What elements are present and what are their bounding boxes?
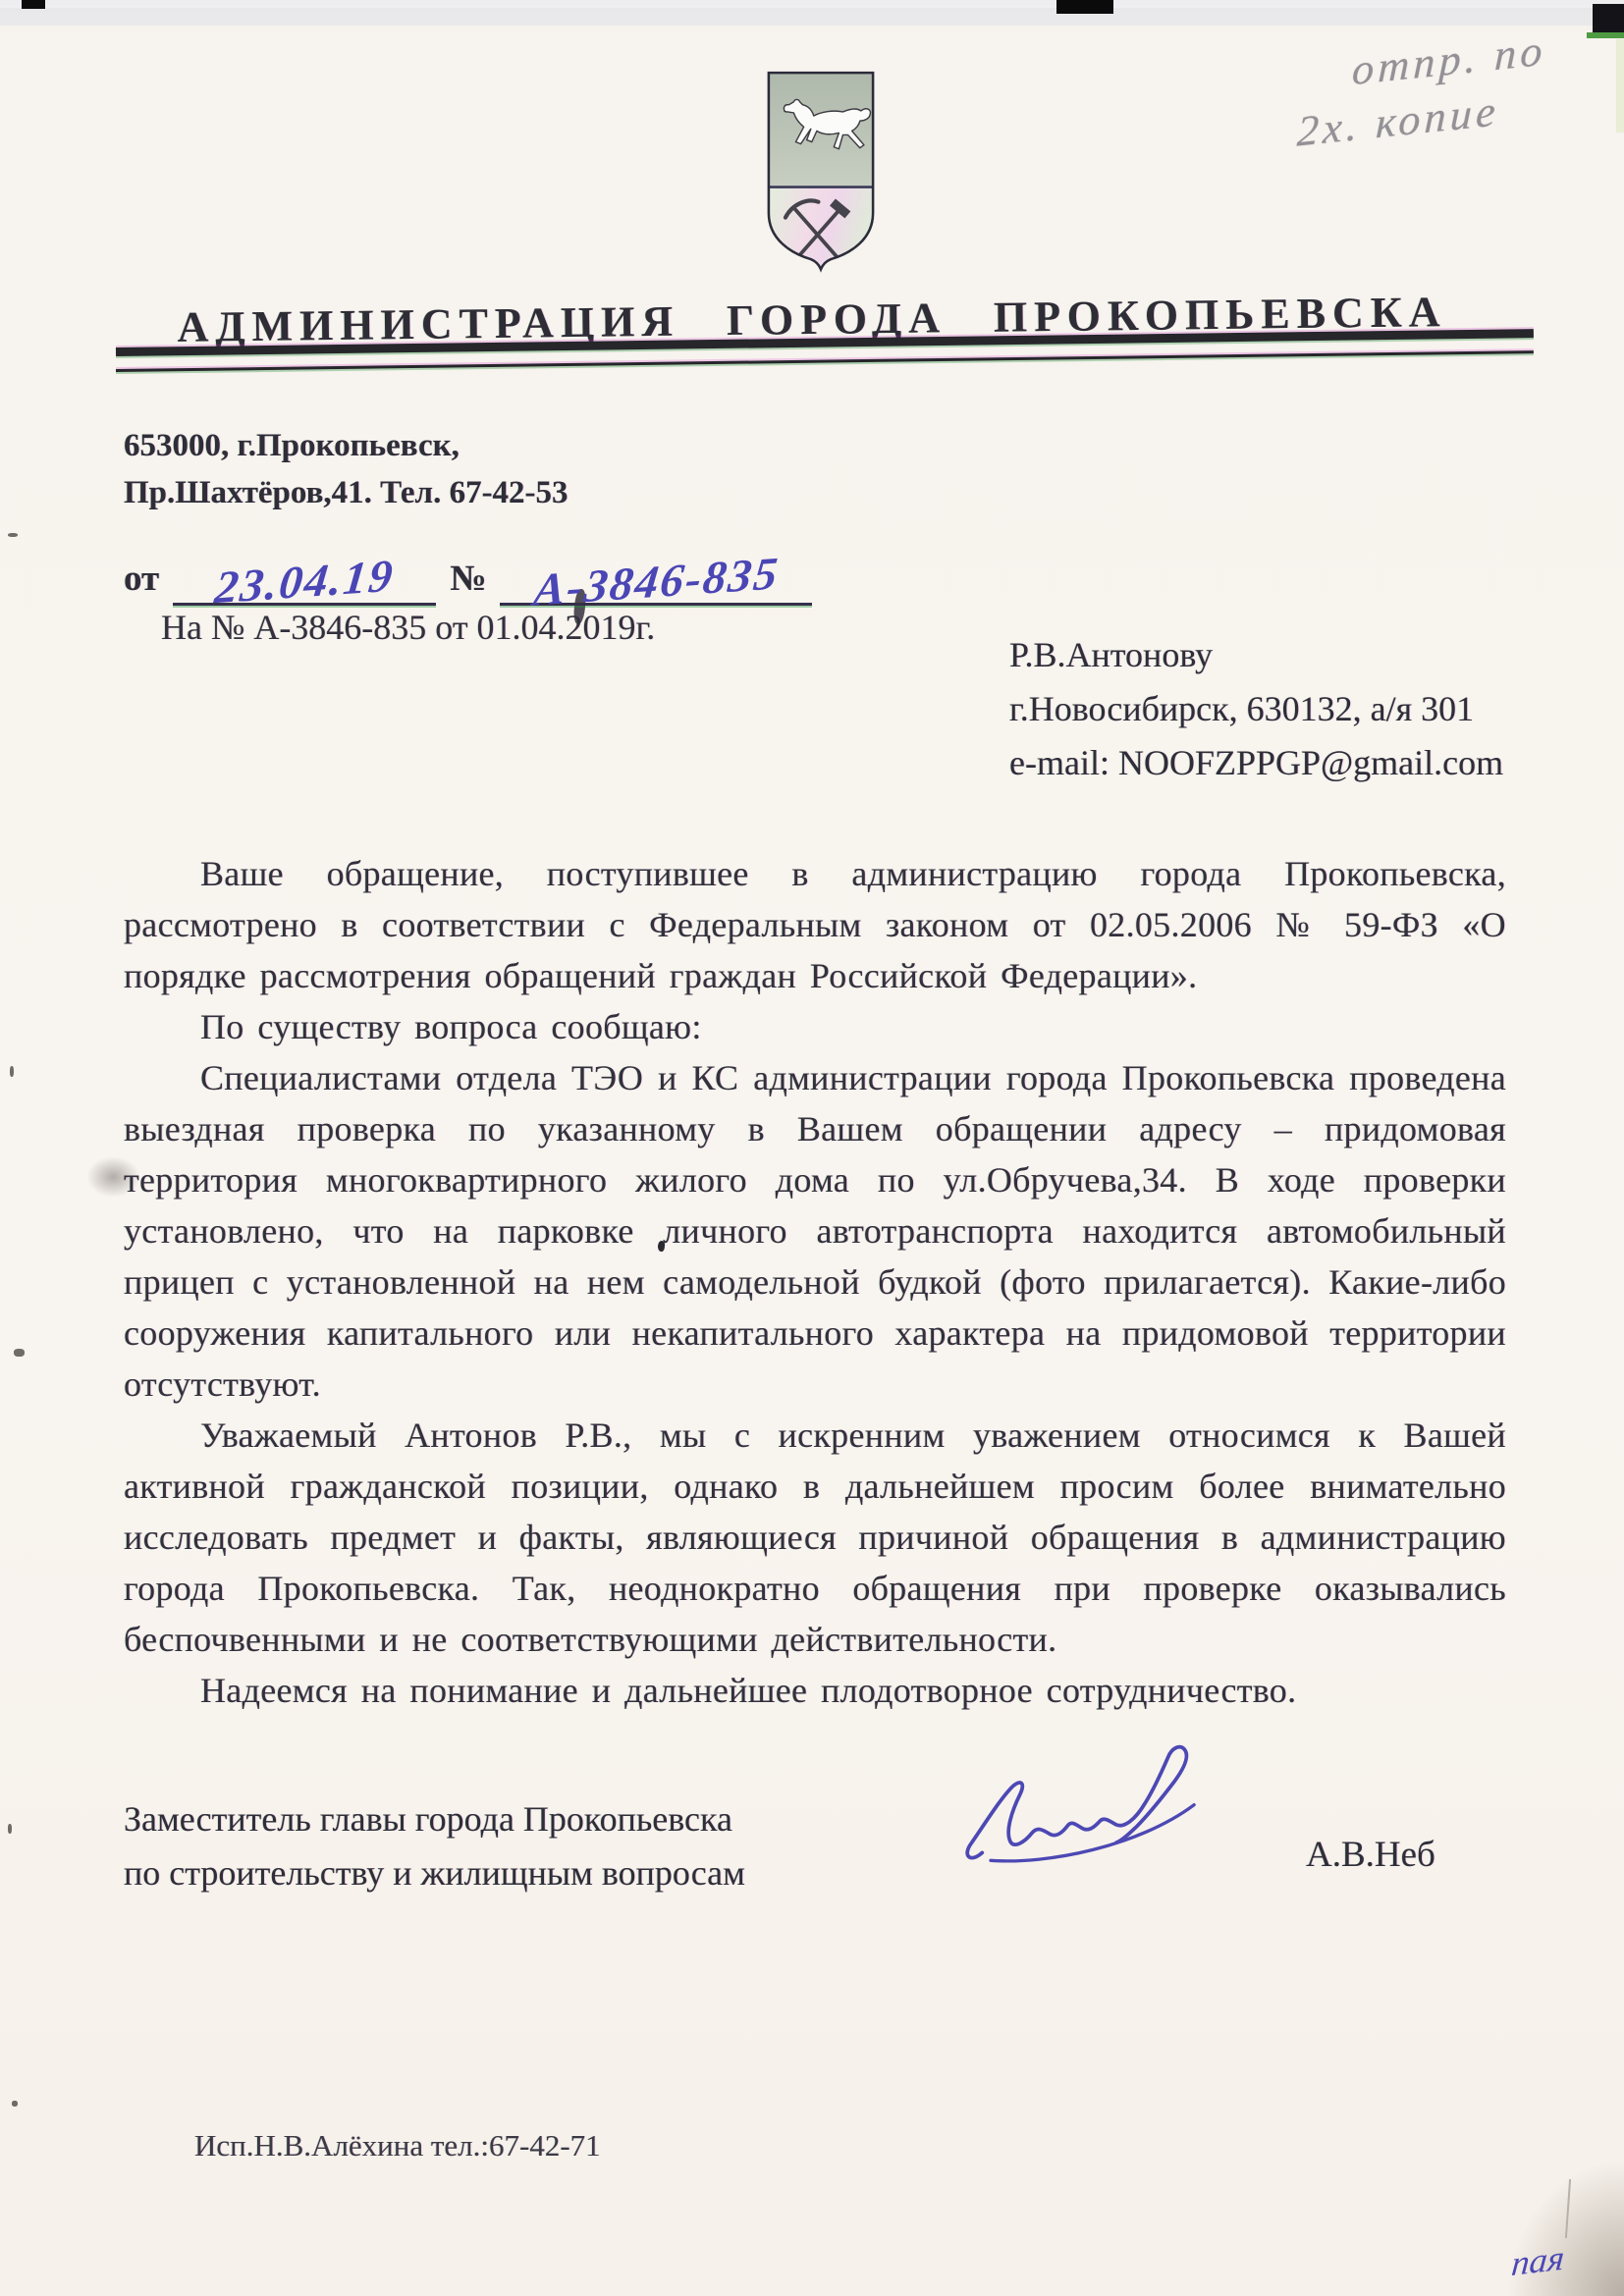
- paragraph-5: Надеемся на понимание и дальнейшее плодо…: [124, 1665, 1506, 1716]
- header-rule-thin: [116, 350, 1534, 372]
- ink-mark: пая: [1510, 2237, 1566, 2284]
- shield-bottom-field: [769, 187, 873, 297]
- signer-position: Заместитель главы города Прокопьевска по…: [124, 1792, 745, 1900]
- recipient-address: г.Новосибирск, 630132, а/я 301: [1009, 682, 1503, 736]
- outgoing-date-field: 23.04.19: [173, 550, 436, 606]
- scan-mark-top-left: [22, 0, 45, 9]
- paragraph-4: Уважаемый Антонов Р.В., мы с искренним у…: [124, 1410, 1506, 1665]
- from-label: от: [124, 558, 159, 606]
- scan-speckle: [14, 1349, 25, 1357]
- paragraph-3: Специалистами отдела ТЭО и КС администра…: [124, 1052, 1506, 1410]
- letterhead-address: 653000, г.Прокопьевск, Пр.Шахтёров,41. Т…: [124, 422, 568, 516]
- paragraph-2: По существу вопроса сообщаю:: [124, 1001, 1506, 1052]
- scan-edge-right: [1616, 39, 1624, 133]
- address-line-1: 653000, г.Прокопьевск,: [124, 422, 568, 469]
- executor-line: Исп.Н.В.Алёхина тел.:67-42-71: [194, 2128, 601, 2163]
- outgoing-number-field: А-3846-835: [500, 550, 812, 606]
- number-sign: №: [450, 558, 486, 606]
- scan-speckle: [12, 2101, 18, 2107]
- scan-mark-top-right-green: [1587, 32, 1624, 38]
- recipient-name: Р.В.Антонову: [1009, 628, 1503, 682]
- paragraph-1: Ваше обращение, поступившее в администра…: [124, 848, 1506, 1001]
- reply-reference-line: На № А-3846-835 от 01.04.2019г.: [161, 607, 655, 648]
- recipient-email: e-mail: NOOFZPPGP@gmail.com: [1009, 736, 1503, 790]
- signature-scribble: [953, 1724, 1225, 1885]
- scanned-letter-page: отпр. по 2х. копие: [0, 0, 1624, 2296]
- handwritten-date: 23.04.19: [212, 550, 397, 614]
- scan-speckle: [8, 533, 18, 537]
- letter-body: Ваше обращение, поступившее в администра…: [124, 848, 1506, 1716]
- signer-position-line2: по строительству и жилищным вопросам: [124, 1846, 745, 1900]
- scan-speckle: [8, 1824, 12, 1834]
- signer-position-line1: Заместитель главы города Прокопьевска: [124, 1792, 745, 1846]
- signer-name: А.В.Неб: [1306, 1834, 1435, 1876]
- recipient-block: Р.В.Антонову г.Новосибирск, 630132, а/я …: [1009, 628, 1503, 790]
- scan-mark-top-right: [1593, 4, 1624, 33]
- outgoing-reference-line: от 23.04.19 № А-3846-835: [124, 550, 826, 606]
- pencil-note-line1: отпр. по: [1351, 26, 1546, 95]
- coat-of-arms-icon: [759, 67, 883, 302]
- scan-mark-top-center: [1056, 0, 1113, 14]
- scan-speckle: [10, 1066, 14, 1077]
- scan-edge-strip: [0, 8, 1624, 26]
- pencil-note-line2: 2х. копие: [1296, 85, 1500, 156]
- address-line-2: Пр.Шахтёров,41. Тел. 67-42-53: [124, 469, 568, 516]
